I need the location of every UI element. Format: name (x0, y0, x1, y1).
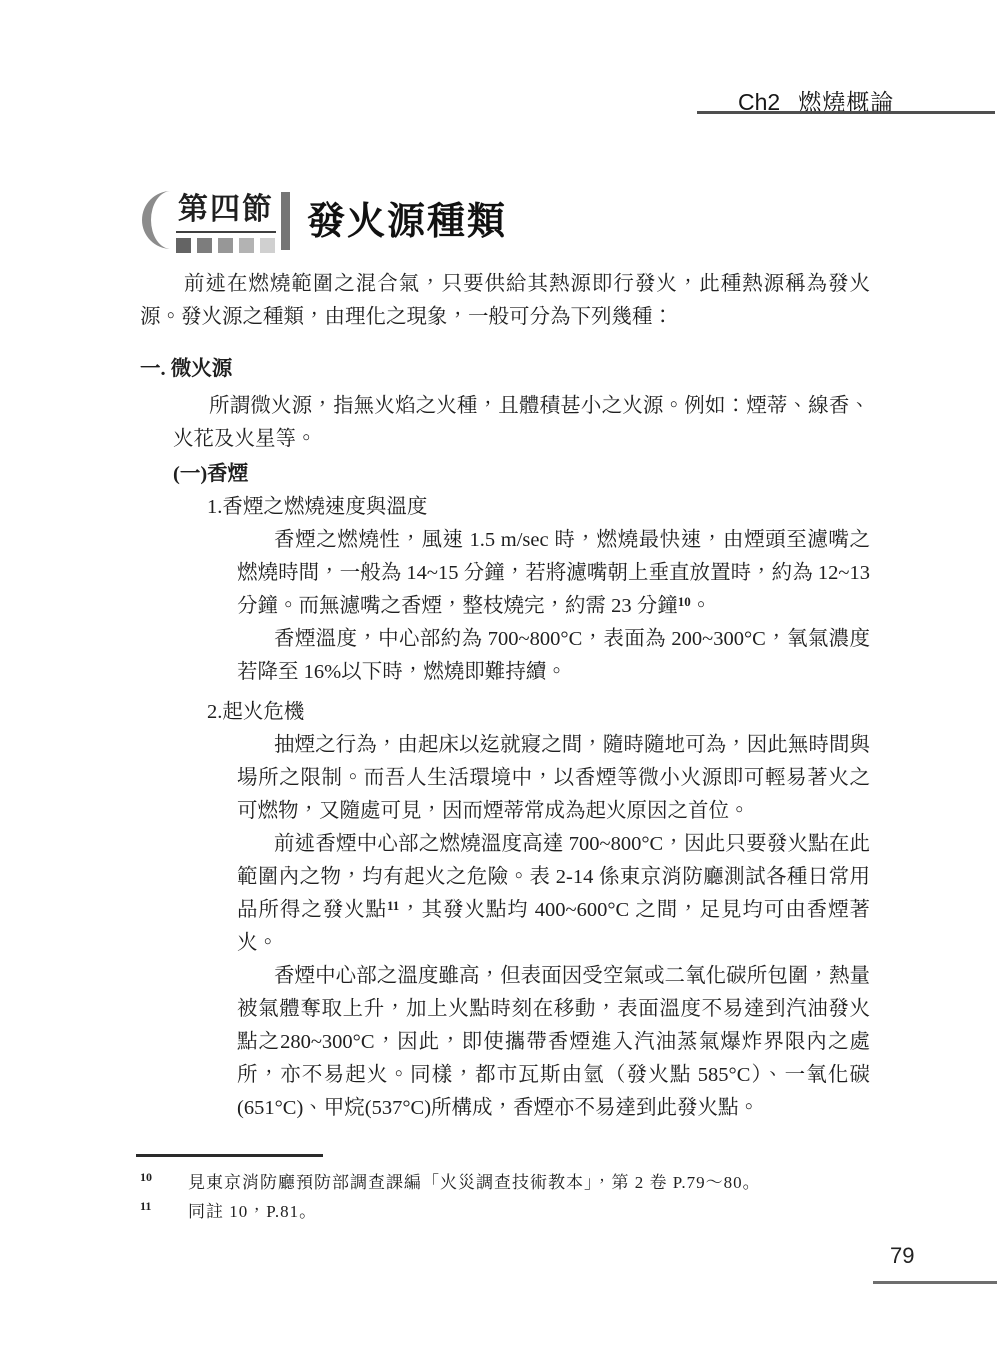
heading-burning-speed-temp: 1.香煙之燃燒速度與溫度 (207, 491, 870, 524)
paragraph-burning-speed-text: 香煙之燃燒性，風速 1.5 m/sec 時，燃燒最快速，由煙頭至濾嘴之燃燒時間，… (237, 529, 870, 617)
badge-underline (176, 231, 276, 233)
heading-cigarette: (一)香煙 (173, 458, 870, 491)
intro-paragraph: 前述在燃燒範圍之混合氣，只要供給其熱源即行發火，此種熱源稱為發火源。發火源之種類… (140, 268, 870, 334)
section-badge: 第四節 (176, 192, 290, 253)
header-rule (697, 111, 995, 114)
footnote-ref-10: 10 (678, 594, 691, 609)
content-area: 前述在燃燒範圍之混合氣，只要供給其熱源即行發火，此種熱源稱為發火源。發火源之種類… (140, 268, 870, 1125)
paragraph-micro-source-definition: 所謂微火源，指無火焰之火種，且體積甚小之火源。例如：煙蒂、線香、火花及火星等。 (173, 390, 870, 456)
crescent-moon-icon (138, 190, 178, 250)
badge-square (197, 238, 212, 253)
heading-ignition-risk: 2.起火危機 (207, 696, 870, 729)
footnote-item: 10 見東京消防廳預防部調查課編「火災調查技術教本」，第 2 卷 P.79～80… (140, 1168, 880, 1197)
footnote-text: 同註 10，P.81。 (188, 1197, 317, 1226)
heading-micro-fire-source: 一. 微火源 (140, 353, 870, 386)
section-title: 發火源種類 (307, 190, 507, 245)
badge-square (239, 238, 254, 253)
footnote-marker: 11 (140, 1192, 158, 1221)
paragraph-smoking-behavior: 抽煙之行為，由起床以迄就寢之間，隨時隨地可為，因此無時間與場所之限制。而吾人生活… (237, 729, 870, 828)
section-badge-inner: 第四節 (176, 192, 276, 253)
page-number-rule (873, 1281, 997, 1284)
footnote-item: 11 同註 10，P.81。 (140, 1197, 880, 1226)
badge-squares (176, 238, 276, 253)
badge-vertical-bar (281, 192, 290, 250)
footnote-rule (136, 1154, 323, 1157)
page-number: 79 (890, 1243, 914, 1269)
badge-square (176, 238, 191, 253)
footnote-text: 見東京消防廳預防部調查課編「火災調查技術教本」，第 2 卷 P.79～80。 (188, 1168, 761, 1197)
paragraph-ignition-point: 前述香煙中心部之燃燒溫度高達 700~800°C，因此只要發火點在此範圍內之物，… (237, 828, 870, 960)
paragraph-burning-speed-tail: 。 (691, 595, 712, 617)
footnote-marker: 10 (140, 1163, 158, 1192)
footnotes: 10 見東京消防廳預防部調查課編「火災調查技術教本」，第 2 卷 P.79～80… (140, 1168, 880, 1226)
paragraph-cigarette-temperature: 香煙溫度，中心部約為 700~800°C，表面為 200~300°C，氧氣濃度若… (237, 623, 870, 689)
badge-square (260, 238, 275, 253)
footnote-ref-11: 11 (387, 898, 399, 913)
section-badge-label: 第四節 (176, 192, 276, 230)
book-page: Ch2燃燒概論 第四節 發火源種類 前述在燃燒範圍之混合氣，只要供給其熱源即行發… (0, 0, 1000, 1353)
paragraph-surface-temperature: 香煙中心部之溫度雖高，但表面因受空氣或二氧化碳所包圍，熱量被氣體奪取上升，加上火… (237, 960, 870, 1125)
paragraph-burning-speed: 香煙之燃燒性，風速 1.5 m/sec 時，燃燒最快速，由煙頭至濾嘴之燃燒時間，… (237, 524, 870, 623)
badge-square (218, 238, 233, 253)
